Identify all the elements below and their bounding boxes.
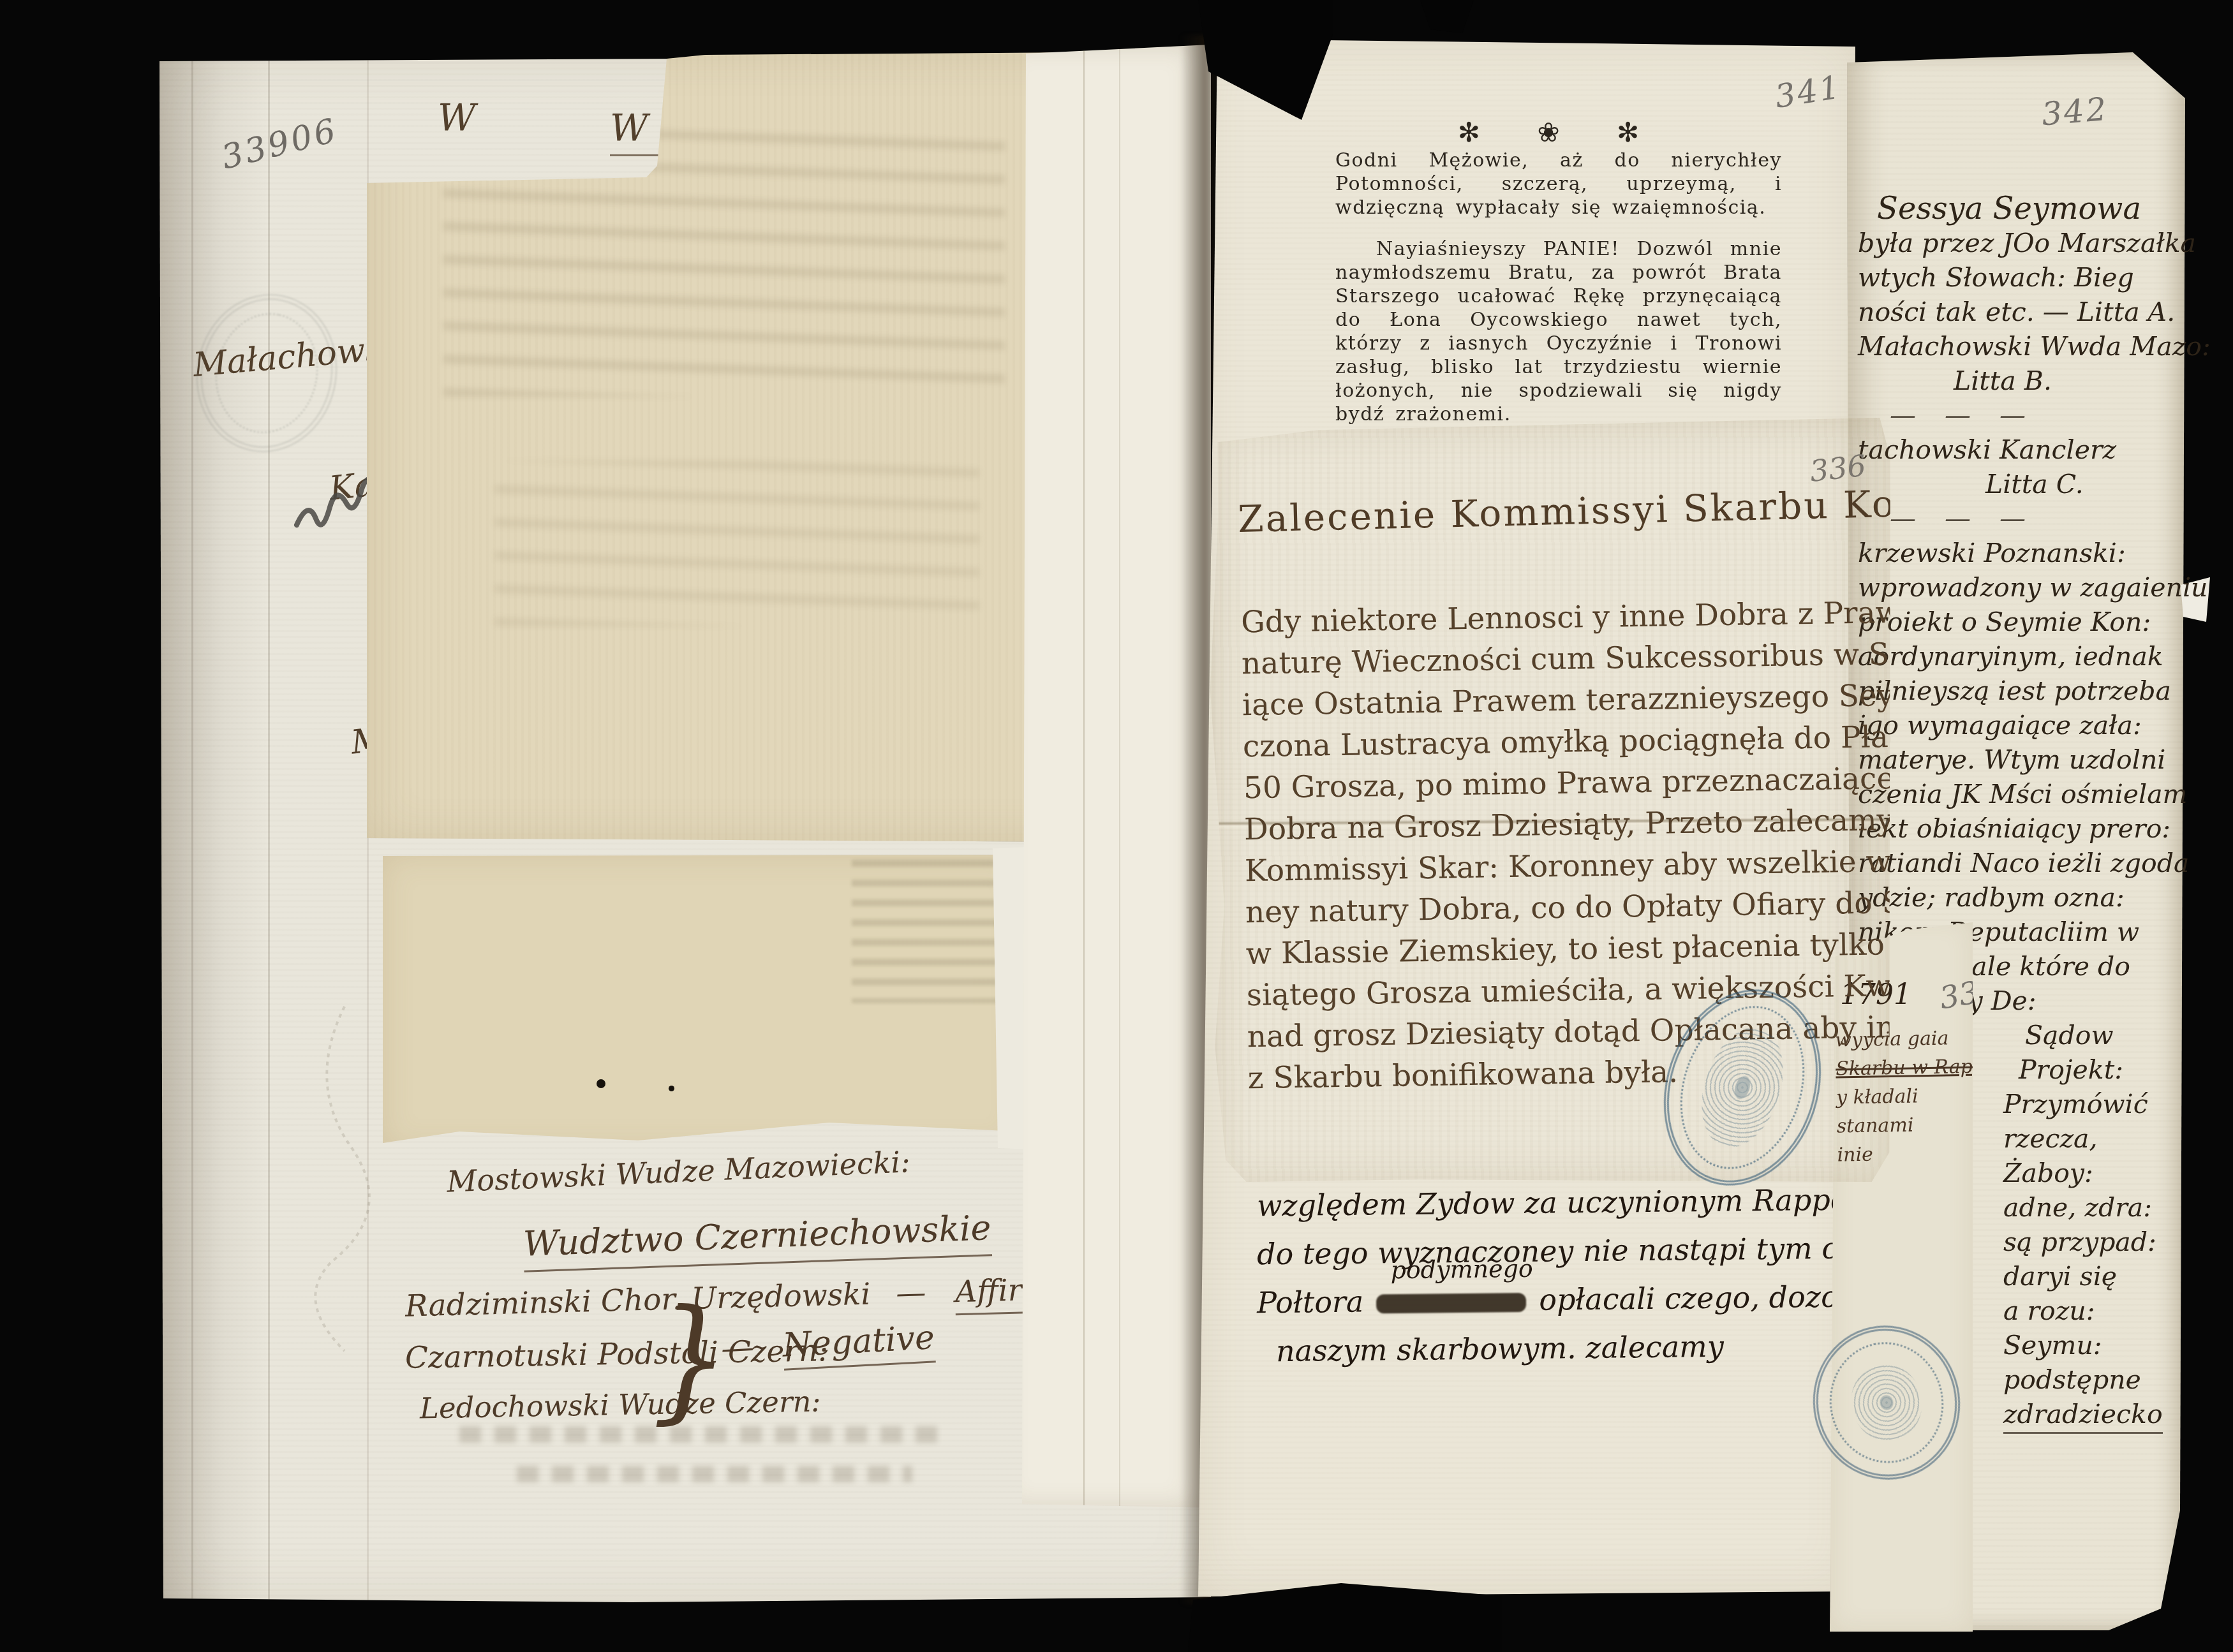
- printed-paragraph: Godni Mężowie, aż do nierychłey Potomnoś…: [1335, 149, 1782, 219]
- crossed-out-word: [1376, 1293, 1526, 1313]
- handwriting-line: ratiandi Naco ieżli zgoda: [1858, 846, 2185, 880]
- handwriting-line: krzewski Poznanski:: [1858, 536, 2185, 570]
- vote-line: Ledochowski Wudze Czern:: [420, 1385, 821, 1426]
- handwriting-line: wtych Słowach: Bieg: [1858, 260, 2185, 295]
- dash: —: [720, 1328, 755, 1368]
- handwriting-line: proiekt o Seymie Kon:: [1858, 605, 2185, 639]
- vote-line: Mostowski Wudze Mazowiecki:: [446, 1144, 911, 1199]
- printed-paragraph: Nayiaśnieyszy PANIE! Dozwól mnie naymłod…: [1335, 237, 1782, 426]
- vote-result: Negative: [782, 1318, 936, 1370]
- handwriting-line: Litta B.: [1858, 364, 2185, 398]
- fold-line: [1083, 45, 1085, 1508]
- handwriting-line: iekt obiaśniaiący prero:: [1858, 811, 2185, 846]
- fold-line: [1119, 45, 1120, 1508]
- handwriting-line: ydzie; radbym ozna:: [1858, 880, 2185, 915]
- page-edge-seam: [268, 56, 270, 1602]
- handwriting-line: tachowski Kanclerz: [1858, 432, 2185, 467]
- handwriting-text: względem Zydow za uczynionym Rapportem,: [1257, 1181, 1929, 1223]
- printer-ornament-row: ✻ ❀ ✻: [1337, 117, 1784, 148]
- handwriting-line: pilnieyszą iest potrzeba: [1858, 674, 2185, 708]
- ghost-writing: [517, 1466, 912, 1482]
- page-stack-shading: [159, 56, 268, 1602]
- vote-line: Radziminski Chor. Urzędowski—Affirmative: [404, 1270, 1125, 1324]
- handwriting-line: materye. Wtym uzdolni: [1858, 742, 2185, 777]
- pencil-page-number: 341: [1772, 68, 1844, 115]
- handwriting-line: była przez JOo Marszałka: [1858, 226, 2185, 260]
- handwriting-line: Małachowski Wwda Mazo:: [1858, 329, 2185, 364]
- inserted-word: podymnego: [1390, 1255, 1533, 1284]
- handwriting-text: zdradziecko: [2003, 1399, 2163, 1434]
- faint-margin-curve: [268, 1000, 383, 1357]
- handwriting-line: igo wymagaiące zała:: [1858, 708, 2185, 742]
- show-through-writing: [494, 461, 979, 626]
- handwriting-line: aordynaryinym, iednak: [1858, 639, 2185, 674]
- pencil-page-number: 342: [2040, 91, 2110, 133]
- heading-fragment: W: [438, 96, 476, 139]
- handwriting-line: — — —: [1858, 501, 2185, 536]
- handwriting-line: czenia JK Mści ośmielam: [1858, 777, 2185, 811]
- handwriting-text: Połtora: [1257, 1285, 1364, 1320]
- handwriting-line: ności tak etc. — Litta A.: [1858, 295, 2185, 329]
- vote-brace: }: [652, 1281, 729, 1436]
- handwriting-line: Litta C.: [1858, 467, 2185, 501]
- overlaid-blank-sheet-lower: [383, 855, 1021, 1149]
- dash: —: [896, 1275, 926, 1311]
- handwriting-line: wprowadzony w zagaieniu: [1858, 570, 2185, 605]
- vote-result-row: — Negative: [720, 1318, 935, 1368]
- handwriting-line: — — —: [1858, 398, 2185, 432]
- printed-text-block: Godni Mężowie, aż do nierychłey Potomnoś…: [1335, 149, 1782, 444]
- ghost-writing: [459, 1426, 944, 1443]
- handwriting-line: Sessya Seymowa: [1858, 191, 2185, 226]
- ink-dot: [669, 1086, 674, 1091]
- page-edge-seam: [191, 56, 193, 1602]
- archival-book-scan: 33906 W W Małachowski Karski Skor Mika M…: [0, 0, 2233, 1652]
- ink-dot: [597, 1079, 605, 1088]
- vote-line-text: Radziminski Chor. Urzędowski: [404, 1277, 871, 1324]
- vote-heading: Wudztwo Czerniechowskie: [523, 1207, 992, 1272]
